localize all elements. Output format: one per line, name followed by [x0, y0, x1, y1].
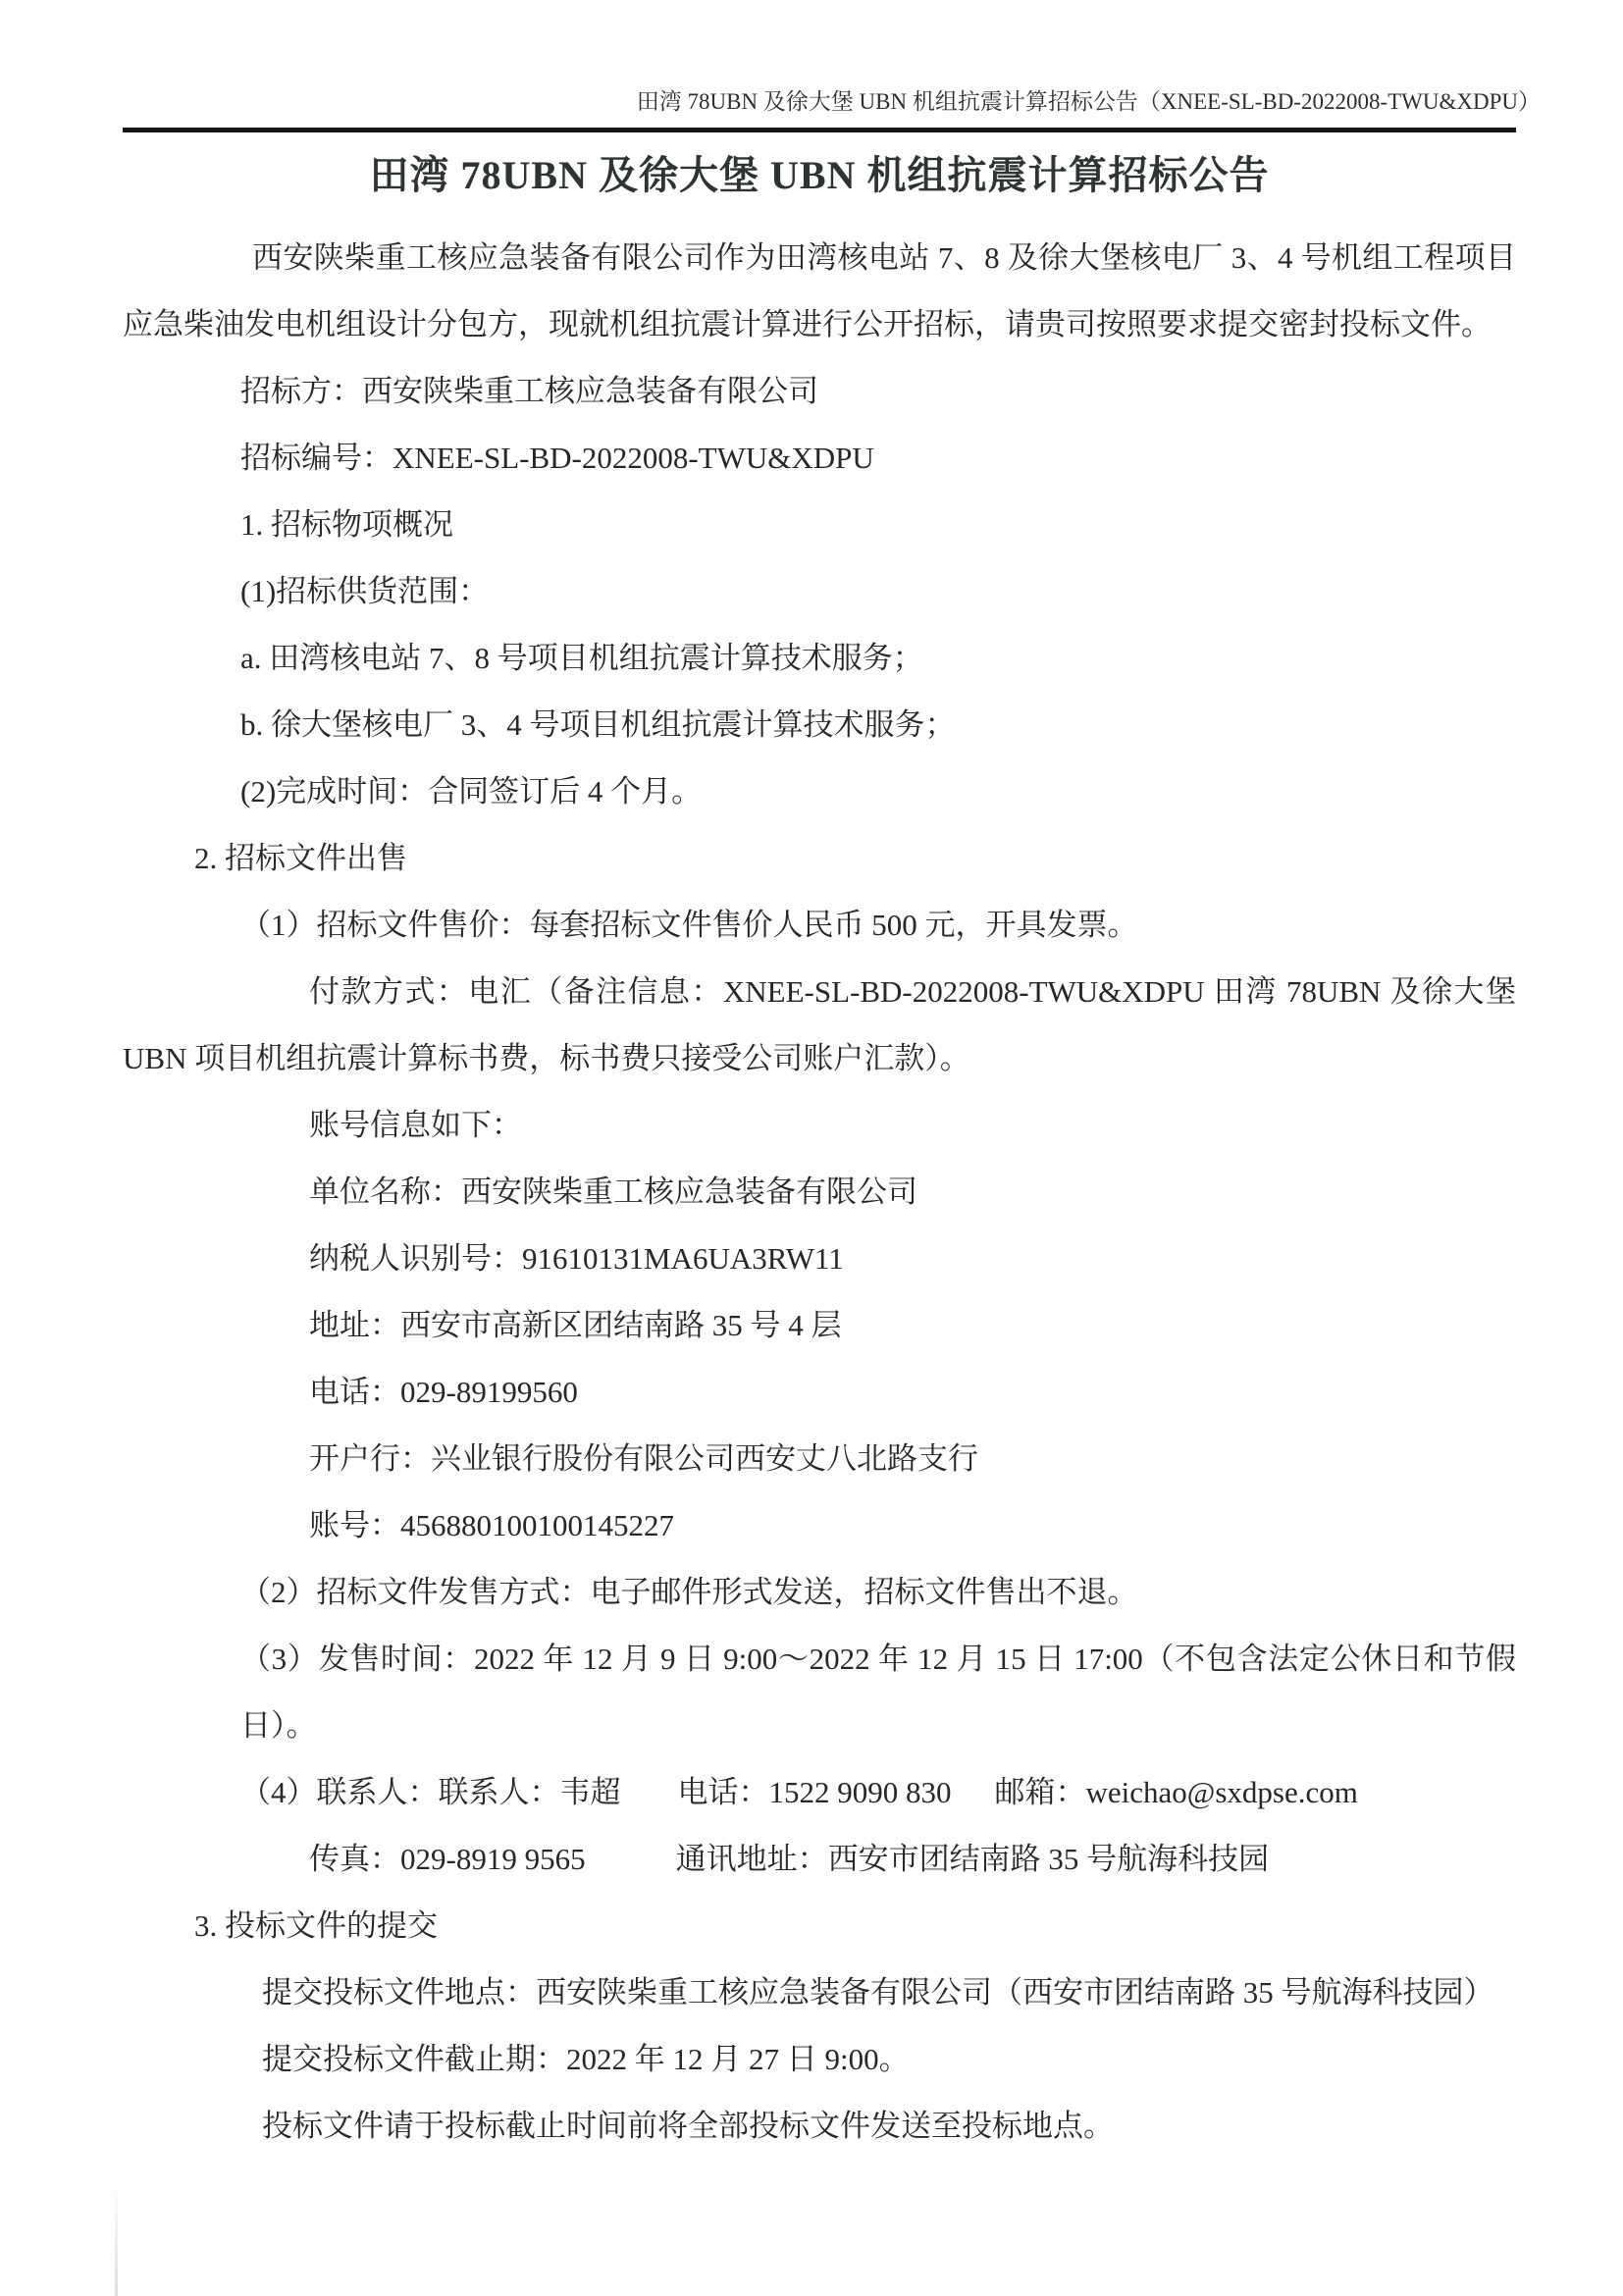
payment-paragraph: 付款方式：电汇（备注信息：XNEE-SL-BD-2022008-TWU&XDPU…	[123, 959, 1516, 1092]
tender-number-line: 招标编号：XNEE-SL-BD-2022008-TWU&XDPU	[123, 425, 1516, 492]
scope-label-line: (1)招标供货范围：	[123, 558, 1516, 625]
section2-heading: 2. 招标文件出售	[123, 825, 1516, 892]
scope-item-a: a. 田湾核电站 7、8 号项目机组抗震计算技术服务；	[123, 625, 1516, 692]
tenderer-line: 招标方：西安陕柴重工核应急装备有限公司	[123, 358, 1516, 425]
account-number-line: 账号：456880100100145227	[123, 1492, 1516, 1559]
sale-time-paragraph: （3）发售时间：2022 年 12 月 9 日 9:00～2022 年 12 月…	[123, 1626, 1516, 1759]
document-body: 西安陕柴重工核应急装备有限公司作为田湾核电站 7、8 及徐大堡核电厂 3、4 号…	[123, 225, 1516, 2160]
contact-phone: 电话：1522 9090 830	[678, 1775, 952, 1809]
contact-person: 联系人：韦超	[439, 1775, 621, 1809]
account-intro-line: 账号信息如下：	[123, 1092, 1516, 1159]
section1-heading: 1. 招标物项概况	[123, 492, 1516, 558]
account-phone-line: 电话：029-89199560	[123, 1359, 1516, 1426]
document-page: 田湾 78UBN 及徐大堡 UBN 机组抗震计算招标公告（XNEE-SL-BD-…	[0, 0, 1623, 2296]
completion-line: (2)完成时间：合同签订后 4 个月。	[123, 758, 1516, 825]
account-bank-line: 开户行：兴业银行股份有限公司西安丈八北路支行	[123, 1426, 1516, 1492]
price-line: （1）招标文件售价：每套招标文件售价人民币 500 元，开具发票。	[123, 892, 1516, 959]
account-address-line: 地址：西安市高新区团结南路 35 号 4 层	[123, 1292, 1516, 1359]
contact-email: 邮箱：weichao@sxdpse.com	[995, 1775, 1358, 1809]
contact-line-2: 传真：029-8919 9565通讯地址：西安市团结南路 35 号航海科技园	[123, 1826, 1516, 1893]
page-title: 田湾 78UBN 及徐大堡 UBN 机组抗震计算招标公告	[123, 148, 1516, 203]
scope-item-b: b. 徐大堡核电厂 3、4 号项目机组抗震计算技术服务；	[123, 692, 1516, 758]
intro-paragraph: 西安陕柴重工核应急装备有限公司作为田湾核电站 7、8 及徐大堡核电厂 3、4 号…	[123, 225, 1516, 358]
contact-line-1: （4）联系人：联系人：韦超电话：1522 9090 830邮箱：weichao@…	[123, 1759, 1516, 1826]
header-divider-rule	[123, 128, 1516, 132]
scan-artifact	[115, 2178, 118, 2296]
account-taxid-line: 纳税人识别号：91610131MA6UA3RW11	[123, 1226, 1516, 1292]
section3-heading: 3. 投标文件的提交	[123, 1893, 1516, 1959]
submit-place-paragraph: 提交投标文件地点：西安陕柴重工核应急装备有限公司（西安市团结南路 35 号航海科…	[123, 1959, 1516, 2026]
account-company-line: 单位名称：西安陕柴重工核应急装备有限公司	[123, 1159, 1516, 1226]
contact-fax: 传真：029-8919 9565	[309, 1842, 586, 1876]
submit-note-line: 投标文件请于投标截止时间前将全部投标文件发送至投标地点。	[123, 2093, 1516, 2160]
delivery-line: （2）招标文件发售方式：电子邮件形式发送，招标文件售出不退。	[123, 1559, 1516, 1626]
deadline-line: 提交投标文件截止期：2022 年 12 月 27 日 9:00。	[123, 2026, 1516, 2093]
contact-mail-address: 通讯地址：西安市团结南路 35 号航海科技园	[676, 1842, 1270, 1876]
header-reference: 田湾 78UBN 及徐大堡 UBN 机组抗震计算招标公告（XNEE-SL-BD-…	[123, 86, 1541, 118]
contact-label: （4）联系人：	[240, 1775, 439, 1809]
